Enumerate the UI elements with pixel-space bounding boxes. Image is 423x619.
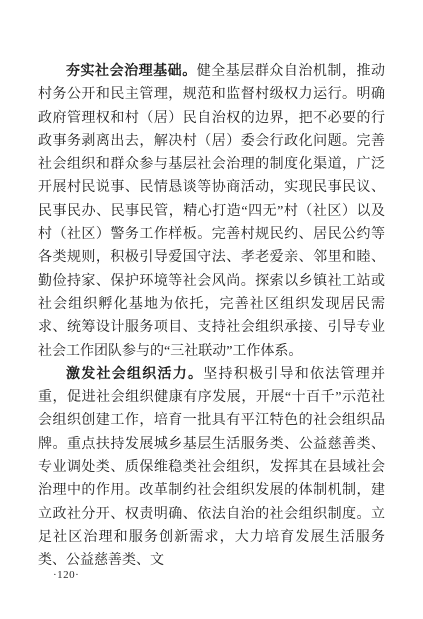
document-page: 夯实社会治理基础。健全基层群众自治机制，推动村务公开和民主管理，规范和监督村级权… <box>0 0 423 619</box>
paragraph-text: 坚持积极引导和依法管理并重，促进社会组织健康有序发展，开展“十百千”示范社会组织… <box>38 367 385 568</box>
page-number: ·120· <box>53 569 79 581</box>
page-body: 夯实社会治理基础。健全基层群众自治机制，推动村务公开和民主管理，规范和监督村级权… <box>38 60 385 573</box>
paragraph-lead: 夯实社会治理基础。 <box>66 64 197 79</box>
paragraph-text: 健全基层群众自治机制，推动村务公开和民主管理，规范和监督村级权力运行。明确政府管… <box>38 64 385 359</box>
paragraph-social-organizations: 激发社会组织活力。坚持积极引导和依法管理并重，促进社会组织健康有序发展，开展“十… <box>38 363 385 573</box>
paragraph-social-governance: 夯实社会治理基础。健全基层群众自治机制，推动村务公开和民主管理，规范和监督村级权… <box>38 60 385 363</box>
paragraph-lead: 激发社会组织活力。 <box>66 367 203 382</box>
